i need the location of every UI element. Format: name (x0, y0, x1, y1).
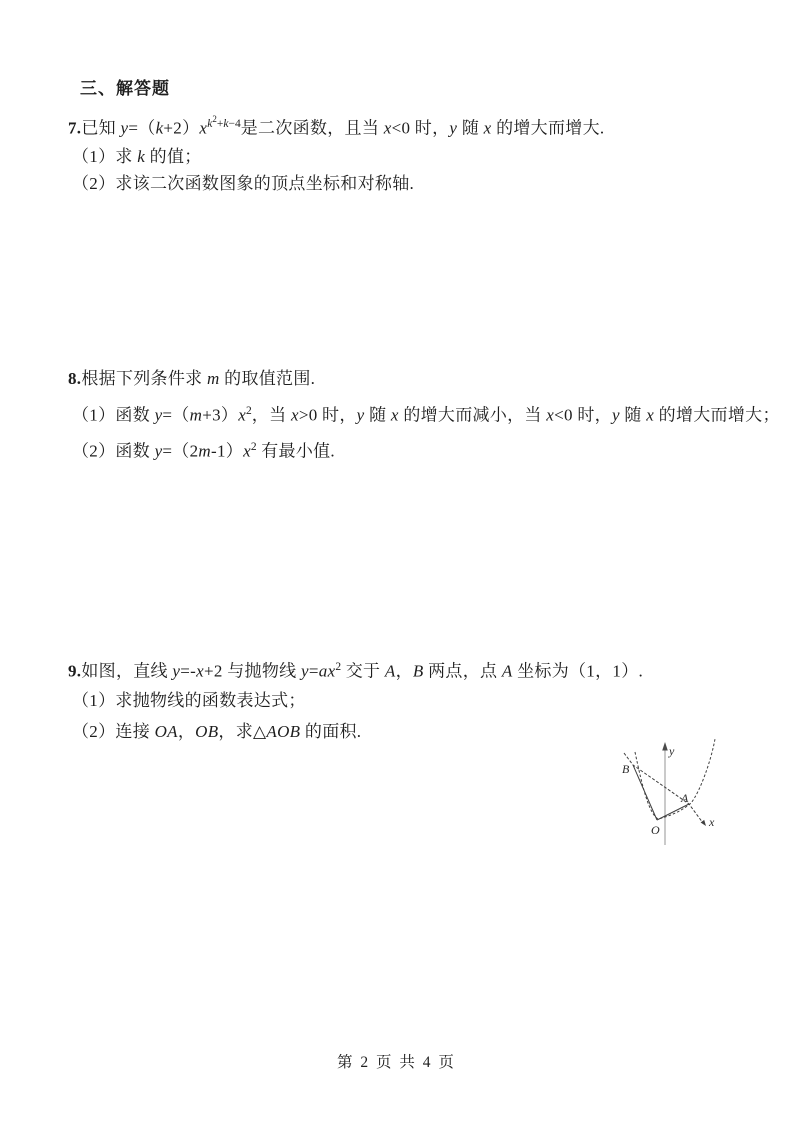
y-axis-label: y (668, 744, 675, 758)
segment-OA (657, 804, 689, 820)
problem-8-part-2: （2）函数 y=（2m-1）x2 有最小值. (72, 434, 335, 465)
problem-9-figure: y x B A O (612, 733, 737, 858)
problem-7-part-2: （2）求该二次函数图象的顶点坐标和对称轴. (72, 171, 414, 197)
parabola-curve (635, 739, 715, 819)
problem-9-part-1: （1）求抛物线的函数表达式； (72, 688, 306, 714)
x-axis-arrow-icon (701, 820, 706, 826)
problem-8-stem: 8.根据下列条件求 m 的取值范围. (68, 366, 315, 392)
problem-7-stem: 7.已知 y=（k+2）xk2+k−4是二次函数，且当 x<0 时，y 随 x … (68, 106, 604, 142)
point-b-label: B (622, 762, 630, 776)
problem-9-part-2: （2）连接 OA，OB，求△AOB 的面积. (72, 719, 361, 745)
secant-line-AB (624, 753, 703, 823)
point-a-label: A (680, 791, 689, 805)
problem-8-part-1: （1）函数 y=（m+3）x2，当 x>0 时，y 随 x 的增大而减小，当 x… (72, 398, 780, 429)
problem-9-stem: 9.如图，直线 y=-x+2 与抛物线 y=ax2 交于 A，B 两点，点 A … (68, 654, 643, 685)
section-title: 三、解答题 (80, 76, 170, 102)
origin-label: O (651, 823, 660, 837)
y-axis-arrow-icon (662, 742, 668, 751)
x-axis-label: x (708, 815, 715, 829)
page-number-footer: 第 2 页 共 4 页 (0, 1050, 793, 1072)
worksheet-page: 三、解答题 7.已知 y=（k+2）xk2+k−4是二次函数，且当 x<0 时，… (0, 0, 793, 1122)
parabola-line-graph: y x B A O (612, 733, 737, 858)
problem-7-part-1: （1）求 k 的值； (72, 144, 202, 170)
